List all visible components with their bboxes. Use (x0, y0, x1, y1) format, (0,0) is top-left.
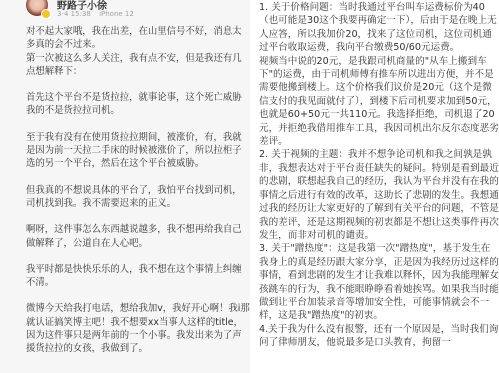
post-body: 对不起大家哦，我在出差，在山里信号不好，消息太多真的会不过来。 第一次被这么多人… (26, 25, 250, 356)
post-paragraph: 但我真的不想说具体的平台了，我怕平台找到司机，司机找到我。我不需要迟来的正义。 (26, 184, 250, 211)
timestamp: 3-4 15:38 (57, 10, 91, 18)
weibo-post-panel: 野路子小徐 3-4 15:38 iPhone 12 对不起大家哦，我在出差，在山… (0, 0, 250, 373)
post-paragraph: 至于我有没有在使用货拉拉期间，被涨价，有，我就是因为前一天拉二手床的时候被涨价了… (26, 131, 250, 171)
statement-panel: 1. 关于价格问题：当时我通过平台叫车运费标价为40（也可能是30这个我要再确定… (250, 0, 499, 373)
statement-item: 2. 关于视频的主题：我并不想争论司机和我之间孰是孰非，我想表达对于平台责任缺失… (259, 148, 499, 242)
post-paragraph: 首先这个平台不是货拉拉，就事论事，这个死亡威胁我的不是货拉拉司机。 (26, 91, 250, 118)
post-paragraph: 对不起大家哦，我在出差，在山里信号不好，消息太多真的会不过来。 第一次被这么多人… (26, 25, 250, 78)
statement-body: 1. 关于价格问题：当时我通过平台叫车运费标价为40（也可能是30这个我要再确定… (259, 1, 499, 350)
post-paragraph: 我平时都是快快乐乐的人，我不想在这个事情上纠缠不清。 (26, 263, 250, 290)
post-paragraph: 微博今天给我打电话，想给我加v，我好开心啊！我i那就认证搞笑博主吧！我不想要xx… (26, 302, 250, 355)
statement-item: 1. 关于价格问题：当时我通过平台叫车运费标价为40（也可能是30这个我要再确定… (259, 1, 499, 55)
statement-item: 4.关于我为什么没有报警，还有一个原因是，当时我们询问了律师朋友，他说最多是口头… (259, 323, 499, 350)
post-paragraph: 啊呀，这件事怎么东西越说越多，我不想再给我自己做解释了，公道自在人心吧。 (26, 223, 250, 250)
device: iPhone 12 (99, 10, 134, 18)
post-header: 野路子小徐 3-4 15:38 iPhone 12 (26, 0, 250, 26)
post-meta: 3-4 15:38 iPhone 12 (57, 10, 140, 18)
statement-item: 视频当中说的20元，是我跟司机商量的"从车上搬到车下"的运费，由于司机师傅有推车… (259, 55, 499, 149)
verified-badge-icon (41, 9, 51, 19)
statement-item: 3. 关于"蹭热度"：这是我第一次"蹭热度"，基于发生在我身上的真是经历跟大家分… (259, 242, 499, 322)
